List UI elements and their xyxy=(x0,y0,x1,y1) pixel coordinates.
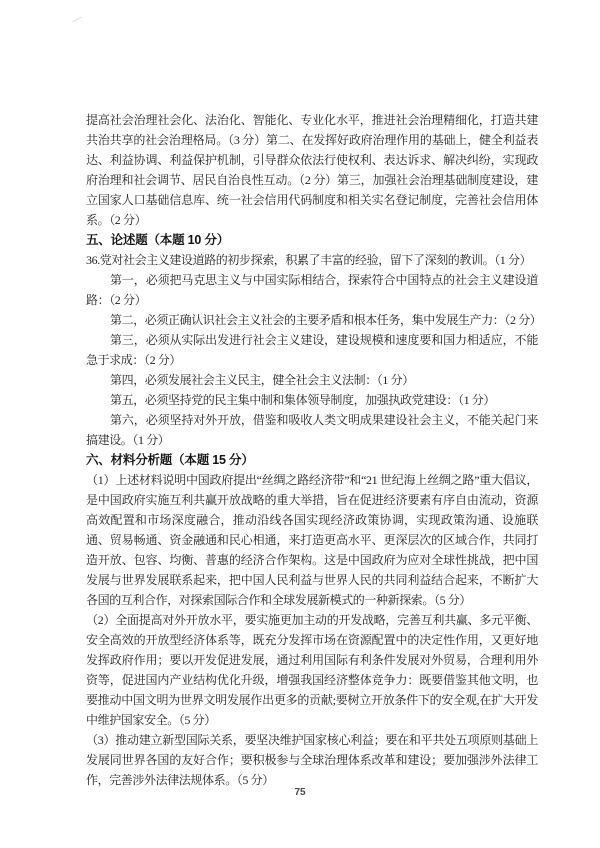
question-36-point-6: 第六，必须坚持对外开放，借鉴和吸收人类文明成果建设社会主义，不能关起门来搞建设。… xyxy=(86,410,538,450)
material-answer-1: （1）上述材料说明中国政府提出“丝绸之路经济带”和“21 世纪海上丝绸之路”重大… xyxy=(86,470,538,610)
question-36-point-2: 第二，必须正确认识社会主义社会的主要矛盾和根本任务，集中发展生产力：（2 分） xyxy=(86,310,538,330)
question-36-point-3: 第三，必须从实际出发进行社会主义建设，建设规模和速度要和国力相适应，不能急于求成… xyxy=(86,330,538,370)
document-page: 提高社会治理社会化、法治化、智能化、专业化水平，推进社会治理精细化，打造共建共治… xyxy=(0,0,600,848)
material-answer-2: （2）全面提高对外开放水平，要实施更加主动的开发战略，完善互利共赢、多元平衡、安… xyxy=(86,610,538,730)
continued-answer-paragraph: 提高社会治理社会化、法治化、智能化、专业化水平，推进社会治理精细化，打造共建共治… xyxy=(86,110,538,230)
question-36-point-1: 第一，必须把马克思主义与中国实际相结合，探索符合中国特点的社会主义建设道路：（2… xyxy=(86,270,538,310)
answer-content: 提高社会治理社会化、法治化、智能化、专业化水平，推进社会治理精细化，打造共建共治… xyxy=(86,110,538,790)
scan-speck-artifact xyxy=(72,17,81,23)
question-36-point-4: 第四，必须发展社会主义民主，健全社会主义法制：（1 分） xyxy=(86,370,538,390)
question-36-point-5: 第五，必须坚持党的民主集中制和集体领导制度，加强执政党建设：（1 分） xyxy=(86,390,538,410)
question-36-intro: 36.党对社会主义建设道路的初步探索，积累了丰富的经验，留下了深刻的教训。（1 … xyxy=(86,250,538,270)
section-5-heading: 五、论述题（本题 10 分） xyxy=(86,230,538,250)
material-answer-3: （3）推动建立新型国际关系，要坚决维护国家核心利益；要在和平共处五项原则基础上发… xyxy=(86,730,538,790)
page-number: 75 xyxy=(0,787,600,798)
section-6-heading: 六、材料分析题（本题 15 分） xyxy=(86,450,538,470)
